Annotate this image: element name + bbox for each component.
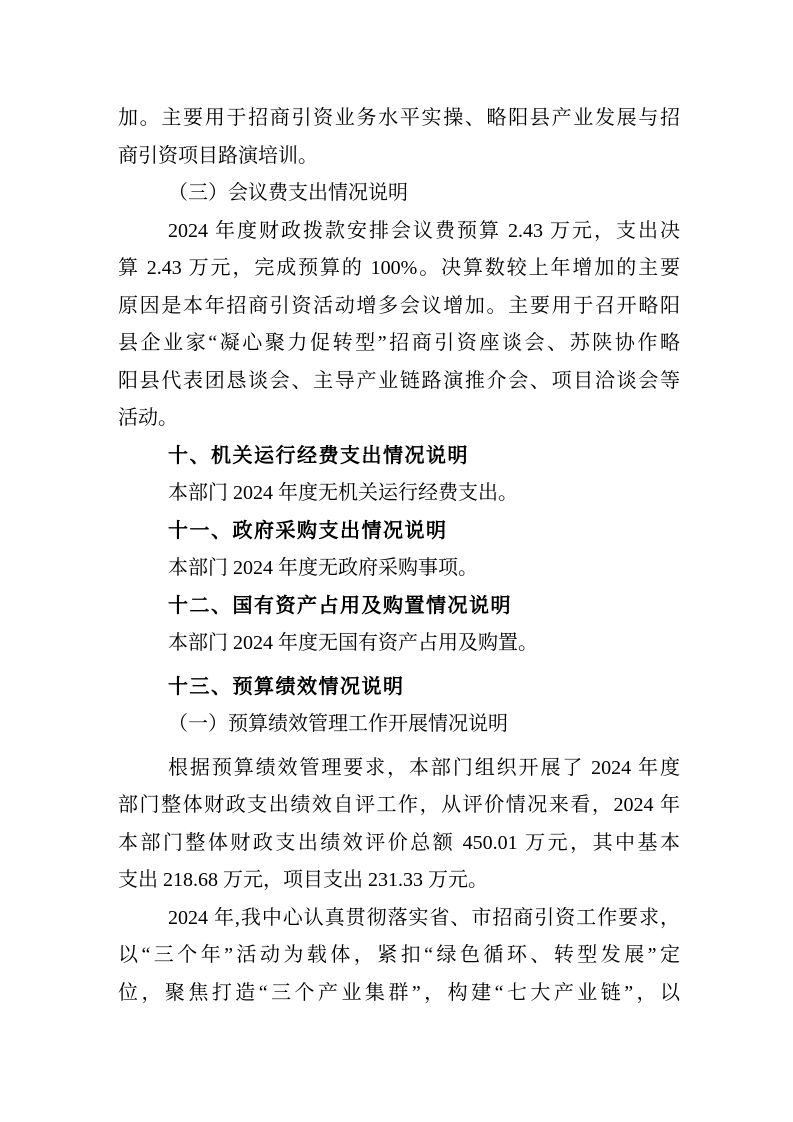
section-heading: 十、机关运行经费支出情况说明	[118, 438, 680, 476]
section-heading: 十一、政府采购支出情况说明	[118, 513, 680, 551]
text-line: 算 2.43 万元，完成预算的 100%。决算数较上年增加的主要	[118, 250, 680, 288]
section-heading: 十二、国有资产占用及购置情况说明	[118, 588, 680, 626]
text-line: 根据预算绩效管理要求，本部门组织开展了 2024 年度	[118, 750, 680, 788]
text-line: （三）会议费支出情况说明	[118, 175, 680, 213]
text-line: 县企业家“凝心聚力促转型”招商引资座谈会、苏陕协作略	[118, 325, 680, 363]
text-line: 位，聚焦打造“三个产业集群”，构建“七大产业链”，以	[118, 975, 680, 1013]
text-line: 商引资项目路演培训。	[118, 138, 680, 176]
text-line: 活动。	[118, 400, 680, 438]
text-line: 以“三个年”活动为载体，紧扣“绿色循环、转型发展”定	[118, 937, 680, 975]
text-line: 本部门 2024 年度无政府采购事项。	[118, 550, 680, 588]
text-line: 加。主要用于招商引资业务水平实操、略阳县产业发展与招	[118, 100, 680, 138]
text-line: 本部门 2024 年度无机关运行经费支出。	[118, 475, 680, 513]
section-heading: 十三、预算绩效情况说明	[118, 669, 680, 707]
text-line: 2024 年,我中心认真贯彻落实省、市招商引资工作要求，	[118, 900, 680, 938]
document-content: 加。主要用于招商引资业务水平实操、略阳县产业发展与招商引资项目路演培训。（三）会…	[118, 100, 680, 1012]
text-line: 部门整体财政支出绩效自评工作，从评价情况来看，2024 年	[118, 787, 680, 825]
document-page: 加。主要用于招商引资业务水平实操、略阳县产业发展与招商引资项目路演培训。（三）会…	[0, 0, 793, 1122]
text-line: （一）预算绩效管理工作开展情况说明	[118, 706, 680, 744]
text-line: 支出 218.68 万元，项目支出 231.33 万元。	[118, 862, 680, 900]
text-line: 阳县代表团恳谈会、主导产业链路演推介会、项目洽谈会等	[118, 363, 680, 401]
text-line: 本部门整体财政支出绩效评价总额 450.01 万元，其中基本	[118, 825, 680, 863]
text-line: 原因是本年招商引资活动增多会议增加。主要用于召开略阳	[118, 288, 680, 326]
text-line: 2024 年度财政拨款安排会议费预算 2.43 万元，支出决	[118, 213, 680, 251]
text-line: 本部门 2024 年度无国有资产占用及购置。	[118, 625, 680, 663]
